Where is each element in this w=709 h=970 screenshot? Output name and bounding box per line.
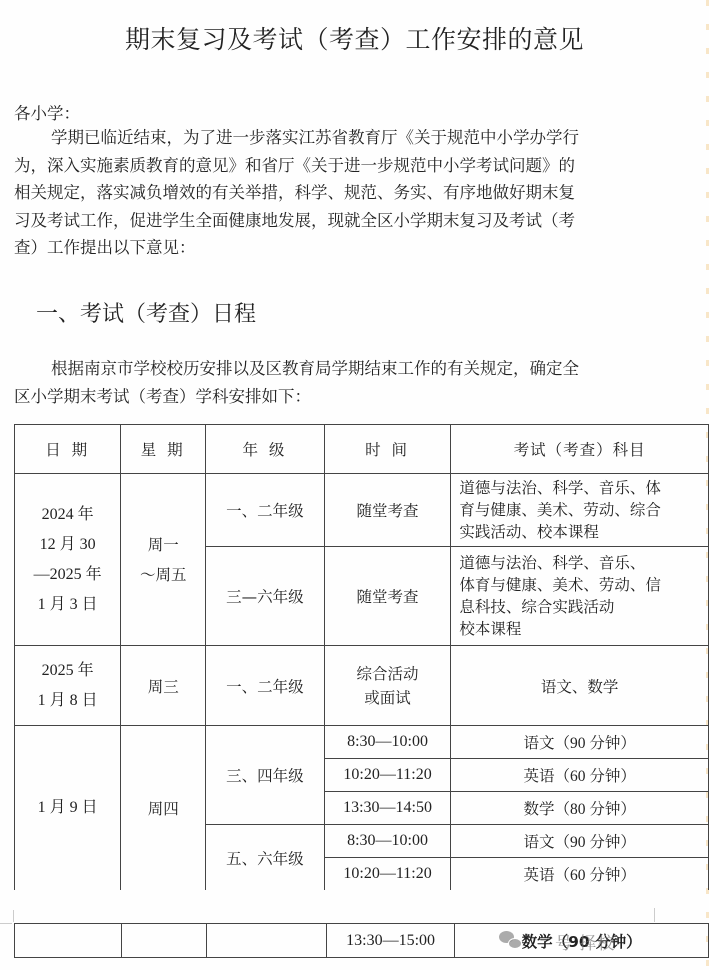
- weekday-cell: [121, 924, 207, 958]
- time-cell: 10:20—11:20: [324, 759, 451, 792]
- subject-name: 语文（: [523, 833, 570, 851]
- subject-close: ）: [620, 800, 636, 818]
- watermark-text: 号 择校: [555, 929, 615, 954]
- subject-cell: 语文（90 分钟）: [451, 726, 709, 759]
- time-cell: 随堂考查: [324, 474, 451, 547]
- date-cell: [15, 924, 122, 958]
- time-cell: 8:30—10:00: [324, 825, 451, 858]
- subject-name: 语文（: [523, 734, 570, 752]
- intro-line: 查）工作提出以下意见：: [14, 234, 654, 262]
- subject-close: ）: [620, 734, 636, 752]
- subject-line: 道德与法治、科学、音乐、体: [459, 477, 708, 499]
- subject-line: 实践活动、校本课程: [459, 521, 708, 543]
- subject-duration: 80 分钟: [570, 801, 620, 818]
- wechat-icon: [499, 931, 523, 951]
- subject-cell: 英语（60 分钟）: [451, 858, 709, 891]
- time-cell: 10:20—11:20: [324, 858, 451, 891]
- section-line: 区小学期末考试（考查）学科安排如下：: [14, 383, 654, 411]
- time-cell: 13:30—14:50: [324, 792, 451, 825]
- subject-cell: 英语（60 分钟）: [451, 759, 709, 792]
- section-heading: 一、考试（考查）日程: [36, 297, 256, 328]
- salutation: 各小学：: [14, 100, 80, 124]
- subject-duration: 60 分钟: [570, 768, 620, 785]
- weekday-cell: 周三: [121, 646, 206, 726]
- subject-line: 体育与健康、美术、劳动、信: [459, 574, 708, 596]
- subject-duration: 90 分钟: [570, 735, 620, 752]
- subject-line: 育与健康、美术、劳动、综合: [459, 499, 708, 521]
- watermark: 号 择校: [499, 928, 615, 954]
- subject-close: ）: [620, 866, 636, 884]
- header-grade: 年 级: [206, 425, 325, 474]
- date-line: 2024 年: [15, 500, 120, 530]
- date-line: —2025 年: [15, 560, 120, 590]
- date-line: 1 月 3 日: [15, 590, 120, 620]
- subject-duration: 90 分钟: [570, 834, 620, 851]
- subject-cell: 道德与法治、科学、音乐、体 育与健康、美术、劳动、综合 实践活动、校本课程: [451, 474, 709, 547]
- table-row: 2024 年 12 月 30 —2025 年 1 月 3 日 周一 ～周五 一、…: [15, 474, 709, 547]
- grade-cell: [207, 924, 327, 958]
- header-time: 时 间: [324, 425, 451, 474]
- table-row: 1 月 9 日 周四 三、四年级 8:30—10:00 语文（90 分钟）: [15, 726, 709, 759]
- subject-close: ）: [620, 833, 636, 851]
- subject-cell: 道德与法治、科学、音乐、 体育与健康、美术、劳动、信 息科技、综合实践活动 校本…: [451, 547, 709, 646]
- intro-paragraph: 学期已临近结束，为了进一步落实江苏省教育厅《关于规范中小学办学行 为，深入实施素…: [14, 124, 654, 262]
- weekday-line: 周一: [121, 530, 205, 560]
- date-line: 1 月 8 日: [15, 686, 120, 716]
- grade-cell: 一、二年级: [206, 474, 325, 547]
- header-date: 日 期: [15, 425, 121, 474]
- page-corner-mark: [654, 908, 655, 922]
- subject-name: 英语（: [523, 767, 570, 785]
- page-corner-mark: [13, 910, 14, 922]
- subject-duration: 60 分钟: [570, 867, 620, 884]
- date-cell: 2025 年 1 月 8 日: [15, 646, 121, 726]
- time-cell: 综合活动 或面试: [324, 646, 451, 726]
- subject-cell: 语文（90 分钟）: [451, 825, 709, 858]
- table-row: 2025 年 1 月 8 日 周三 一、二年级 综合活动 或面试 语文、数学: [15, 646, 709, 726]
- page-corner-mark: [0, 923, 12, 924]
- time-cell: 随堂考查: [324, 547, 451, 646]
- section-paragraph: 根据南京市学校校历安排以及区教育局学期结束工作的有关规定，确定全 区小学期末考试…: [14, 355, 654, 410]
- subject-line: 息科技、综合实践活动: [459, 596, 708, 618]
- header-weekday: 星 期: [121, 425, 206, 474]
- subject-name: 数学（: [523, 800, 570, 818]
- weekday-line: ～周五: [121, 560, 205, 590]
- document-title: 期末复习及考试（考查）工作安排的意见: [0, 20, 709, 56]
- intro-line: 相关规定，落实减负增效的有关举措，科学、规范、务实、有序地做好期末复: [14, 179, 654, 207]
- date-cell: 1 月 9 日: [15, 726, 121, 891]
- subject-cell: 数学（80 分钟）: [451, 792, 709, 825]
- section-line: 根据南京市学校校历安排以及区教育局学期结束工作的有关规定，确定全: [51, 359, 579, 378]
- intro-line: 学期已临近结束，为了进一步落实江苏省教育厅《关于规范中小学办学行: [51, 128, 579, 147]
- date-cell: 2024 年 12 月 30 —2025 年 1 月 3 日: [15, 474, 121, 646]
- weekday-cell: 周四: [121, 726, 206, 891]
- date-line: 2025 年: [15, 656, 120, 686]
- table-header-row: 日 期 星 期 年 级 时 间 考试（考查）科目: [15, 425, 709, 474]
- grade-cell: 三—六年级: [206, 547, 325, 646]
- grade-cell: 一、二年级: [206, 646, 325, 726]
- intro-line: 为，深入实施素质教育的意见》和省厅《关于进一步规范中小学考试问题》的: [14, 152, 654, 180]
- time-cell: 8:30—10:00: [324, 726, 451, 759]
- subject-line: 校本课程: [459, 618, 708, 640]
- subject-cell: 语文、数学: [451, 646, 709, 726]
- time-line: 或面试: [325, 686, 451, 710]
- weekday-cell: 周一 ～周五: [121, 474, 206, 646]
- schedule-table: 日 期 星 期 年 级 时 间 考试（考查）科目 2024 年 12 月 30 …: [14, 424, 709, 890]
- subject-name: 英语（: [523, 866, 570, 884]
- subject-close: ）: [620, 767, 636, 785]
- schedule-table-container: 日 期 星 期 年 级 时 间 考试（考查）科目 2024 年 12 月 30 …: [14, 424, 709, 890]
- grade-cell: 五、六年级: [206, 825, 325, 891]
- grade-cell: 三、四年级: [206, 726, 325, 825]
- time-line: 综合活动: [325, 662, 451, 686]
- time-cell: 13:30—15:00: [326, 924, 454, 958]
- subject-line: 道德与法治、科学、音乐、: [459, 552, 708, 574]
- document-page: 期末复习及考试（考查）工作安排的意见 各小学： 学期已临近结束，为了进一步落实江…: [0, 0, 709, 970]
- header-subject: 考试（考查）科目: [451, 425, 709, 474]
- intro-line: 习及考试工作，促进学生全面健康地发展，现就全区小学期末复习及考试（考: [14, 207, 654, 235]
- date-line: 12 月 30: [15, 530, 120, 560]
